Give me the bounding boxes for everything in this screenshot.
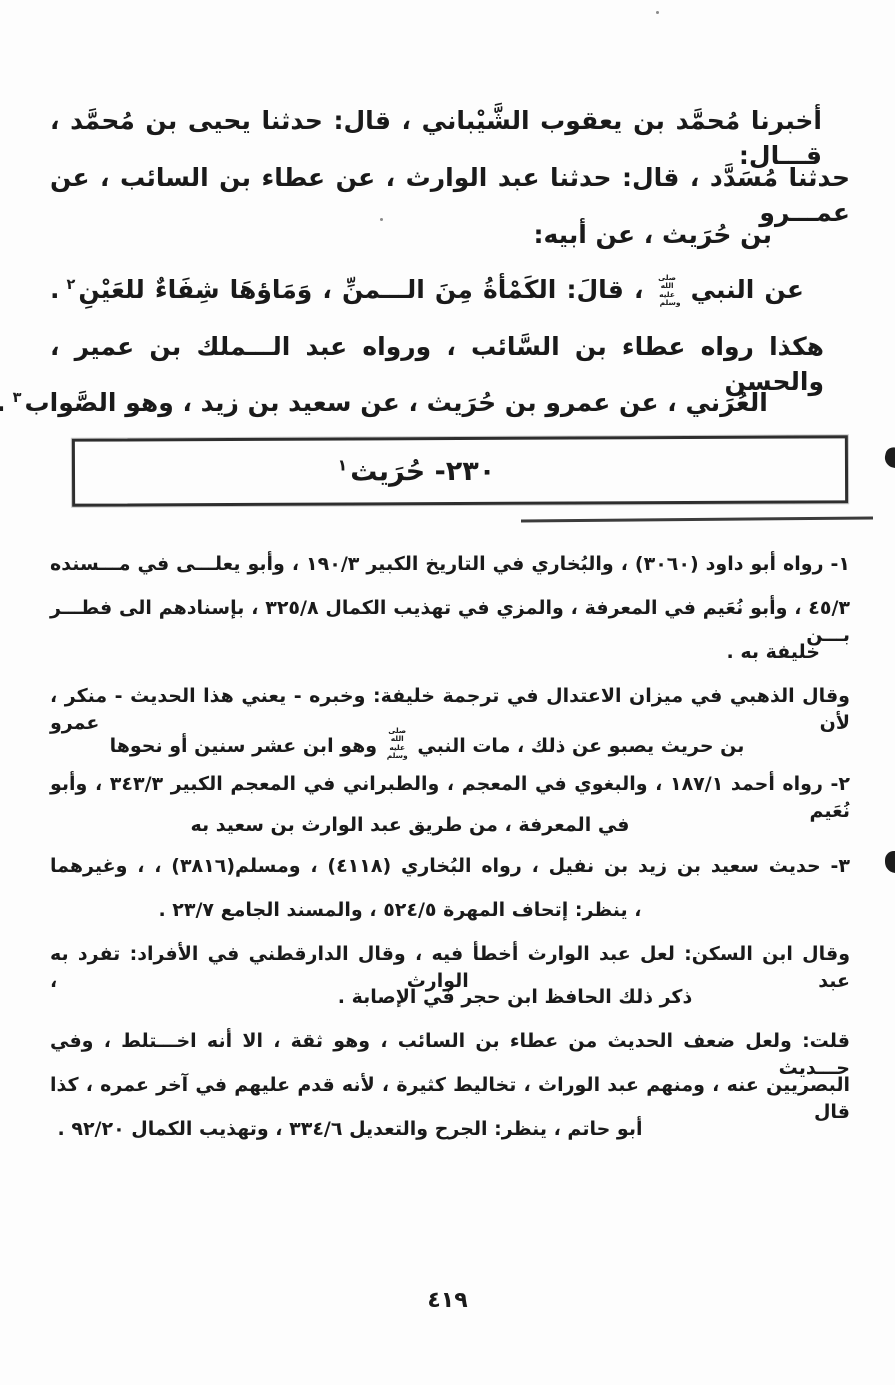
author-comment-line-3: أبو حاتم ، ينظر: الجرح والتعديل ٣٣٤/٦ ، … (0, 1116, 750, 1143)
pbuh-honorific-icon: صلى الله عليه وسلم (384, 727, 411, 761)
hadith-tail: . (50, 275, 60, 304)
scan-speck (380, 218, 383, 221)
isnad-line-3: بن حُرَيث ، عن أبيه: (50, 217, 850, 252)
footnote-marker-3: ٣ (13, 390, 22, 406)
footnote-separator-rule (521, 516, 873, 522)
comment-line-2: العُرَني ، عن عمرو بن حُرَيث ، عن سعيد ب… (0, 385, 782, 420)
hadith-matn: ، قالَ: الكَمْأةُ مِنَ الـــمنِّ ، وَمَا… (78, 275, 643, 304)
footnote-3-line-1: ٣- حديث سعيد بن زيد بن نفيل ، رواه البُخ… (50, 853, 850, 880)
page-number: ٤١٩ (0, 1288, 895, 1313)
comment-line-2-text: العُرَني ، عن عمرو بن حُرَيث ، عن سعيد ب… (25, 388, 768, 417)
dhahabi-before-honorific: بن حريث يصبو عن ذلك ، مات النبي (417, 735, 744, 757)
comment-tail: . (0, 388, 6, 417)
dhahabi-after-honorific: وهو ابن عشر سنين أو نحوها (110, 735, 378, 757)
section-heading-text: ٢٣٠- حُرَيث (350, 455, 495, 487)
section-heading: ٢٣٠- حُرَيث١ (335, 455, 496, 487)
pbuh-honorific-icon: صلى الله عليه وسلم (654, 274, 681, 308)
footnote-marker-1: ١ (338, 455, 348, 474)
scanned-book-page: أخبرنا مُحمَّد بن يعقوب الشَّيْباني ، قا… (0, 0, 895, 1385)
hadith-matn-line: عن النبي صلى الله عليه وسلم ، قالَ: الكَ… (50, 272, 850, 307)
section-heading-box: ٢٣٠- حُرَيث١ (72, 435, 848, 506)
hadith-before-honorific: عن النبي (691, 275, 804, 304)
dhahabi-comment-line-2: بن حريث يصبو عن ذلك ، مات النبي صلى الله… (27, 727, 827, 761)
footnote-3-line-2: ، ينظر: إتحاف المهرة ٥٢٤/٥ ، والمسند الج… (0, 897, 800, 924)
footnote-1-line-3: خليفة به . (50, 639, 850, 666)
footnote-marker-2: ٢ (67, 277, 76, 293)
footnote-2-line-2: في المعرفة ، من طريق عبد الوارث بن سعيد … (10, 812, 810, 839)
scan-artifact (883, 446, 895, 468)
scan-artifact (885, 851, 895, 873)
footnote-1-line-1: ١- رواه أبو داود (٣٠٦٠) ، والبُخاري في ا… (50, 551, 850, 578)
scan-speck (656, 11, 659, 14)
ibn-sakan-comment-line-2: ذكر ذلك الحافظ ابن حجر في الإصابة . (115, 984, 895, 1011)
